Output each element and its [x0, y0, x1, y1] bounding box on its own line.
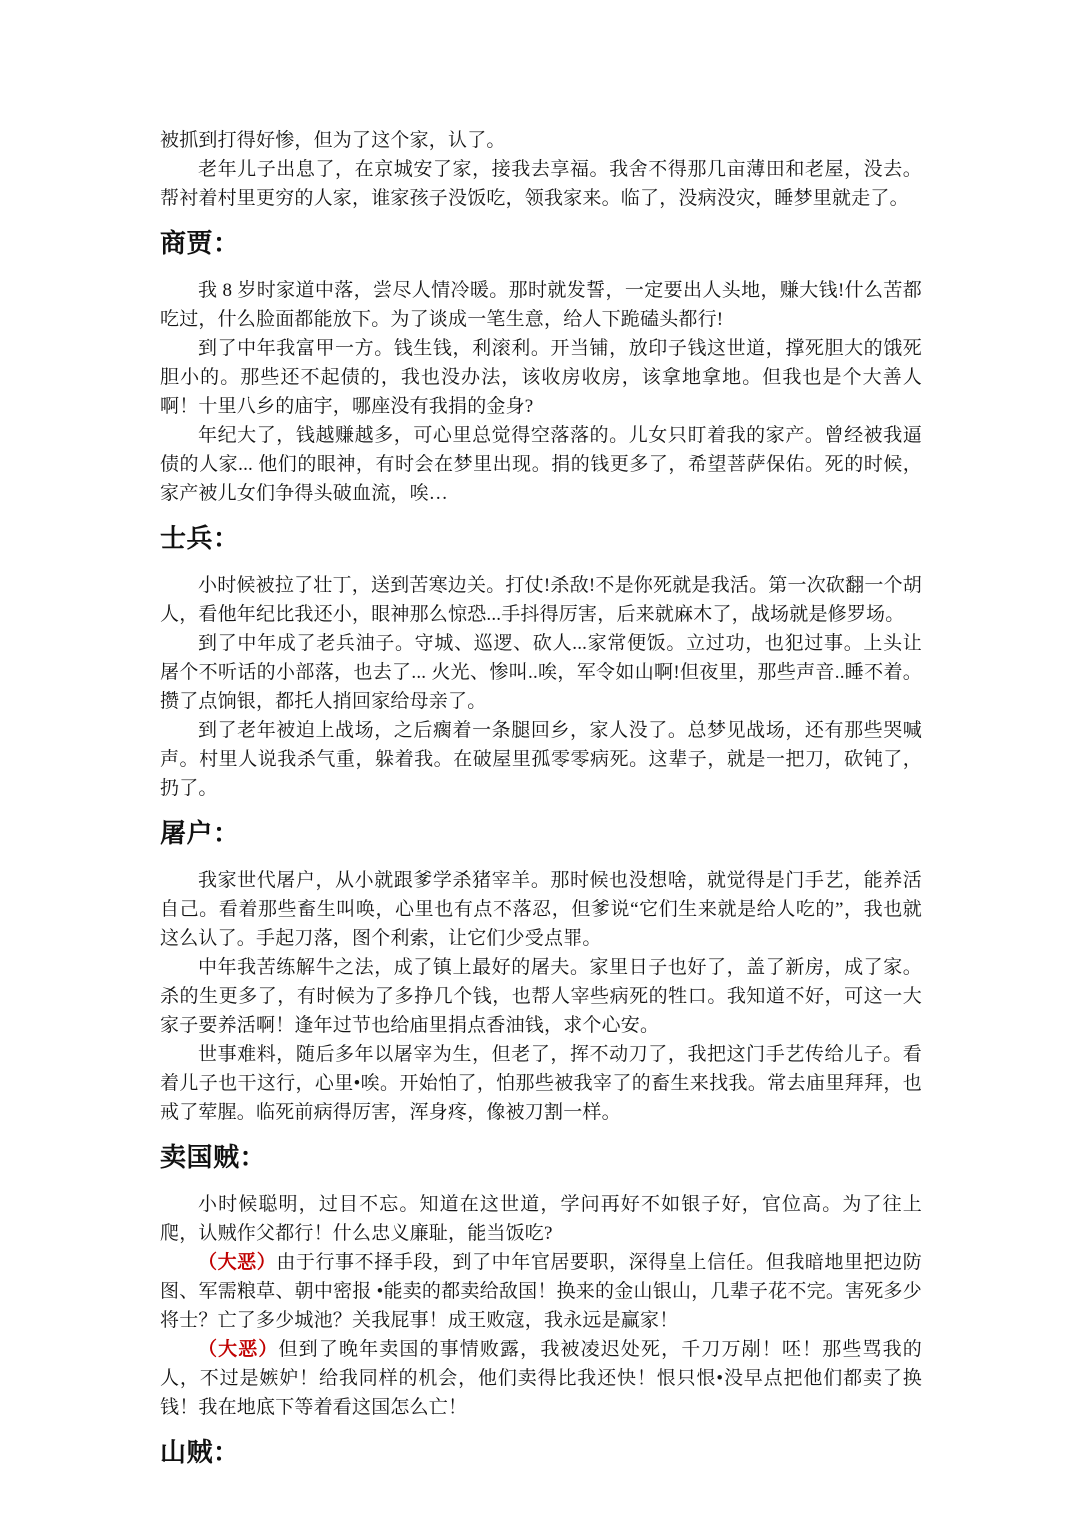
paragraph: 被抓到打得好惨，但为了这个家，认了。 — [160, 126, 922, 155]
paragraph: 世事难料，随后多年以屠宰为生，但老了，挥不动刀了，我把这门手艺传给儿子。看着儿子… — [160, 1040, 922, 1127]
section-heading-traitor: 卖国贼： — [160, 1141, 922, 1175]
paragraph: 到了老年被迫上战场，之后瘸着一条腿回乡，家人没了。总梦见战场，还有那些哭喊声。村… — [160, 716, 922, 803]
paragraph: 我 8 岁时家道中落，尝尽人情冷暖。那时就发誓，一定要出人头地，赚大钱!什么苦都… — [160, 276, 922, 334]
document-page: 被抓到打得好惨，但为了这个家，认了。 老年儿子出息了，在京城安了家，接我去享福。… — [0, 0, 1080, 1527]
paragraph: 年纪大了，钱越赚越多，可心里总觉得空落落的。儿女只盯着我的家产。曾经被我逼债的人… — [160, 421, 922, 508]
paragraph: 小时候被拉了壮丁，送到苦寒边关。打仗!杀敌!不是你死就是我活。第一次砍翻一个胡人… — [160, 571, 922, 629]
paragraph: （大恶）由于行事不择手段，到了中年官居要职，深得皇上信任。但我暗地里把边防图、军… — [160, 1248, 922, 1335]
paragraph: 老年儿子出息了，在京城安了家，接我去享福。我舍不得那几亩薄田和老屋，没去。帮衬着… — [160, 155, 922, 213]
paragraph: 我家世代屠户，从小就跟爹学杀猪宰羊。那时候也没想啥，就觉得是门手艺，能养活自己。… — [160, 866, 922, 953]
section-heading-merchant: 商贾： — [160, 227, 922, 261]
great-evil-tag: （大恶） — [198, 1339, 279, 1360]
section-heading-butcher: 屠户： — [160, 817, 922, 851]
paragraph: （大恶）但到了晚年卖国的事情败露，我被凌迟处死，千刀万剐！呸！那些骂我的人，不过… — [160, 1335, 922, 1422]
paragraph: 到了中年我富甲一方。钱生钱，利滚利。开当铺，放印子钱这世道，撑死胆大的饿死胆小的… — [160, 334, 922, 421]
paragraph: 中年我苦练解牛之法，成了镇上最好的屠夫。家里日子也好了，盖了新房，成了家。杀的生… — [160, 953, 922, 1040]
section-heading-soldier: 士兵： — [160, 522, 922, 556]
document-content: 被抓到打得好惨，但为了这个家，认了。 老年儿子出息了，在京城安了家，接我去享福。… — [0, 0, 1080, 1470]
paragraph: 小时候聪明，过目不忘。知道在这世道，学问再好不如银子好，官位高。为了往上爬，认贼… — [160, 1190, 922, 1248]
paragraph: 到了中年成了老兵油子。守城、巡逻、砍人...家常便饭。立过功，也犯过事。上头让屠… — [160, 629, 922, 716]
section-heading-bandit: 山贼： — [160, 1436, 922, 1470]
great-evil-tag: （大恶） — [198, 1252, 276, 1273]
